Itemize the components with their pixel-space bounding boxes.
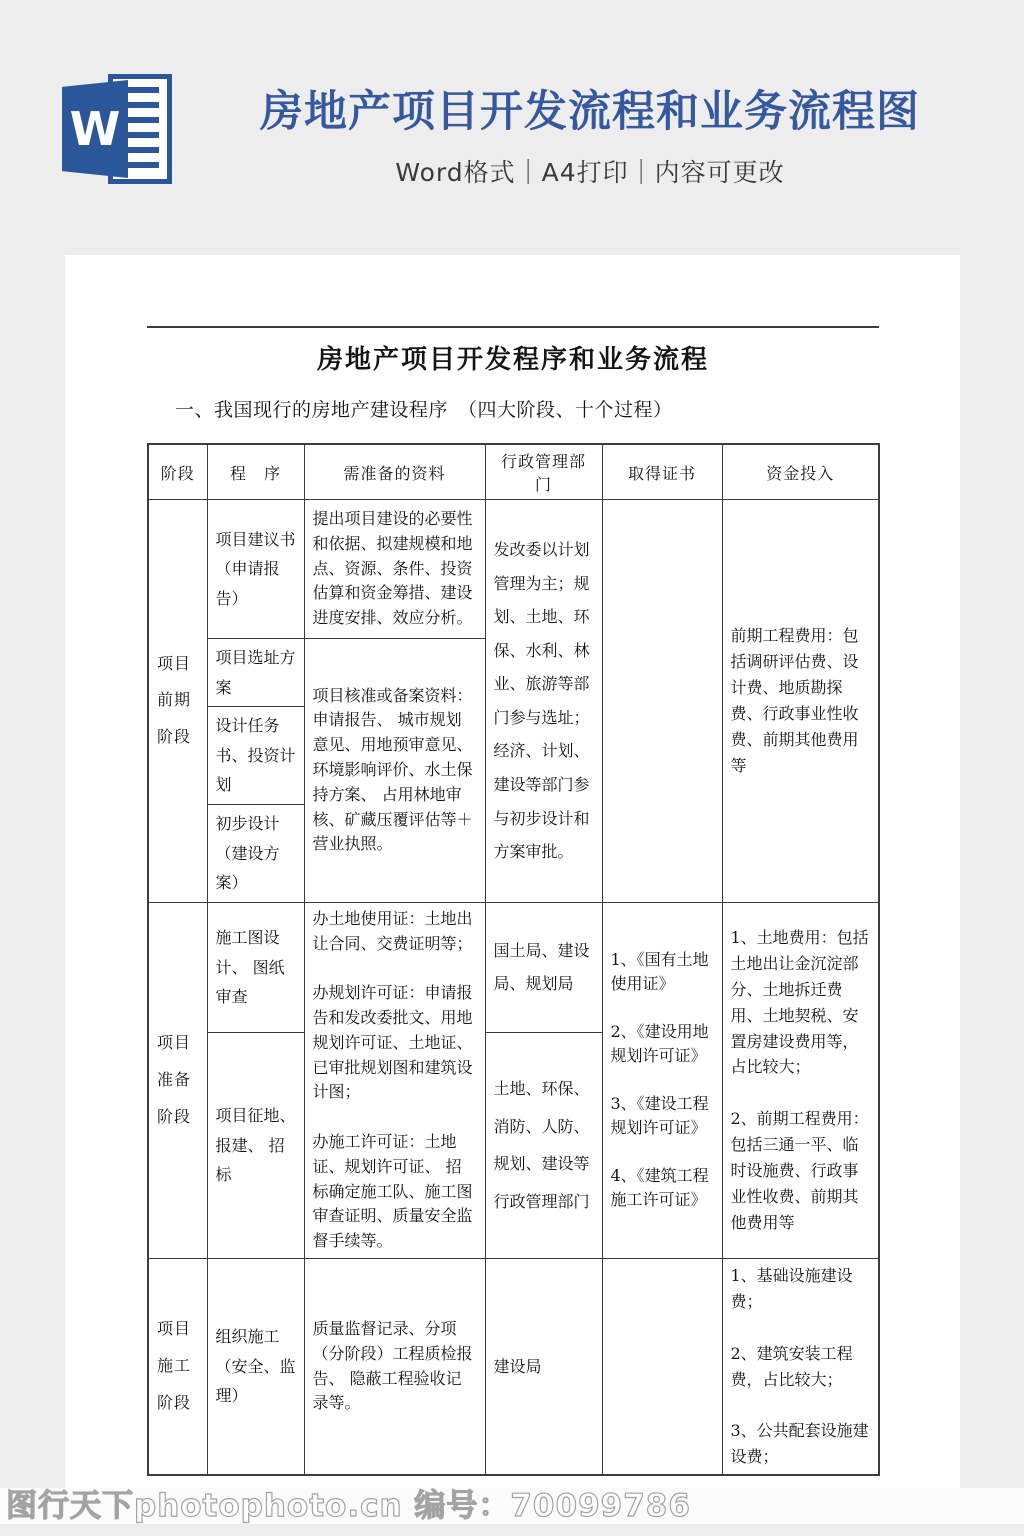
materials-cell: 质量监督记录、分项（分阶段）工程质检报告、 隐蔽工程验收记录等。 [304,1258,485,1475]
doc-heading: 一、我国现行的房地产建设程序 （四大阶段、十个过程） [175,395,673,422]
certificates-cell [602,500,722,903]
column-header-certificates: 取得证书 [602,444,722,500]
certificates-cell: 1、《国有土地使用证》 2、《建设用地规划许可证》 3、《建设工程规划许可证》 … [602,902,722,1258]
table-header-row: 阶段 程 序 需准备的资料 行政管理部门 取得证书 资金投入 [148,444,879,500]
column-header-stage: 阶段 [148,444,207,500]
header-text: 房地产项目开发流程和业务流程图 Word格式｜A4打印｜内容可更改 [180,88,1000,189]
procedure-cell: 组织施工（安全、监理） [207,1258,304,1475]
document-page: 房地产项目开发程序和业务流程 一、我国现行的房地产建设程序 （四大阶段、十个过程… [65,255,960,1488]
procedure-cell: 设计任务书、投资计划 [207,707,304,805]
funds-cell: 1、土地费用：包括土地出让金沉淀部分、土地拆迁费用、土地契税、安置房建设费用等，… [722,902,879,1258]
materials-cell: 提出项目建设的必要性和依据、拟建规模和地点、资源、条件、投资估算和资金筹措、建设… [304,500,485,639]
product-title: 房地产项目开发流程和业务流程图 [180,88,1000,137]
admin-cell: 建设局 [485,1258,602,1475]
funds-cell: 前期工程费用：包括调研评估费、设计费、地质勘探费、行政事业性收费、前期其他费用等 [722,500,879,903]
admin-cell: 国土局、建设局、规划局 [485,902,602,1032]
word-icon: W [62,72,176,186]
procedure-cell: 施工图设计、 图纸审查 [207,902,304,1032]
column-header-procedure: 程 序 [207,444,304,500]
materials-cell: 项目核准或备案资料： 申请报告、 城市规划意见、用地预审意见、环境影响评价、水土… [304,639,485,903]
table-row: 项目 前期 阶段 项目建议书（申请报告） 提出项目建设的必要性和依据、拟建规模和… [148,500,879,639]
watermark-bar: 图行天下photophoto.cn 编号：70099786 [0,1488,1024,1524]
stage-cell-early: 项目 前期 阶段 [148,500,207,903]
materials-cell: 办土地使用证：土地出让合同、交费证明等； 办规划许可证：申请报告和发改委批文、用… [304,902,485,1258]
table-row: 项目 准备 阶段 施工图设计、 图纸审查 办土地使用证：土地出让合同、交费证明等… [148,902,879,1032]
stage-cell-construction: 项目 施工 阶段 [148,1258,207,1475]
admin-cell: 发改委以计划管理为主；规划、土地、环保、水利、林业、旅游等部门参与选址；经济、计… [485,500,602,903]
doc-title: 房地产项目开发程序和业务流程 [147,339,879,376]
top-header: W 房地产项目开发流程和业务流程图 Word格式｜A4打印｜内容可更改 [0,0,1024,255]
column-header-materials: 需准备的资料 [304,444,485,500]
procedure-cell: 初步设计（建设方案） [207,804,304,902]
column-header-admin: 行政管理部门 [485,444,602,500]
column-header-funds: 资金投入 [722,444,879,500]
word-icon-letter: W [70,106,121,152]
process-table: 阶段 程 序 需准备的资料 行政管理部门 取得证书 资金投入 项目 前期 阶段 … [147,443,880,1476]
product-subtitle: Word格式｜A4打印｜内容可更改 [180,153,1000,189]
stage-cell-prep: 项目 准备 阶段 [148,902,207,1258]
funds-cell: 1、基础设施建设费； 2、建筑安装工程费，占比较大； 3、公共配套设施建设费； [722,1258,879,1475]
certificates-cell [602,1258,722,1475]
table-row: 项目 施工 阶段 组织施工（安全、监理） 质量监督记录、分项（分阶段）工程质检报… [148,1258,879,1475]
horizontal-rule [147,326,879,328]
watermark-text: 图行天下photophoto.cn 编号：70099786 [0,1488,691,1524]
preview-image: { "colors": { "brand_blue": "#2B579A", "… [0,0,1024,1536]
word-icon-flag: W [62,80,128,178]
procedure-cell: 项目征地、报建、 招标 [207,1032,304,1258]
admin-cell: 土地、环保、消防、人防、规划、建设等行政管理部门 [485,1032,602,1258]
procedure-cell: 项目选址方案 [207,639,304,707]
procedure-cell: 项目建议书（申请报告） [207,500,304,639]
